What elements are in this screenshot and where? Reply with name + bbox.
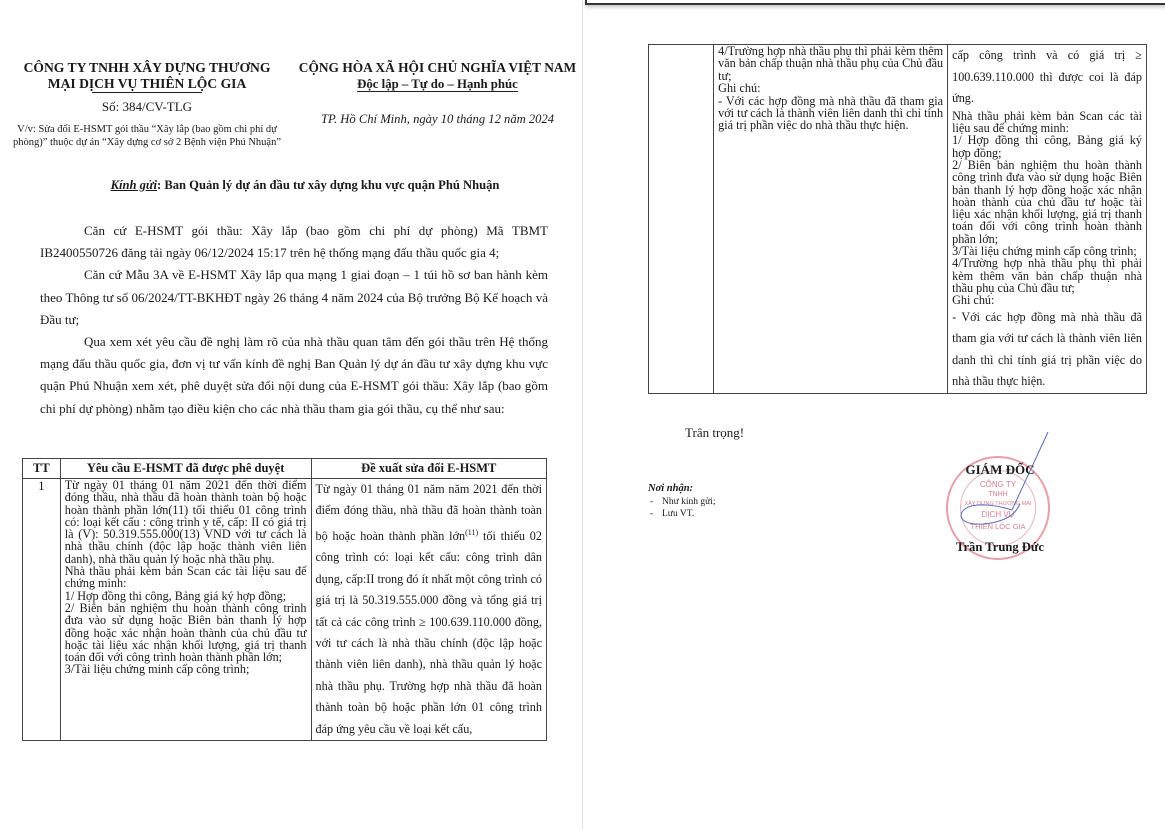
proposed-text-3: 1/ Hợp đồng thi công, Bảng giá ký hợp đồ… bbox=[952, 134, 1142, 159]
approved-text-1: 4/Trường hợp nhà thầu phụ thì phải kèm t… bbox=[718, 45, 943, 82]
nation-title: CỘNG HÒA XÃ HỘI CHỦ NGHĨA VIỆT NAM bbox=[290, 60, 585, 76]
company-underline bbox=[92, 92, 202, 93]
document-number: Số: 384/CV-TLG bbox=[12, 99, 282, 115]
approved-text-5: 3/Tài liệu chứng minh cấp công trình; bbox=[65, 663, 307, 675]
signer-name: Trần Trung Đức bbox=[950, 540, 1050, 555]
proposed-text-8: - Với các hợp đồng mà nhà thầu đã tham g… bbox=[952, 307, 1142, 393]
document-page-1: CÔNG TY TNHH XÂY DỰNG THƯƠNG MẠI DỊCH VỤ… bbox=[0, 0, 578, 829]
recipient-line: Kính gửi: Ban Quản lý dự án đầu tư xây d… bbox=[40, 178, 570, 193]
approved-text-4: 2/ Biên bản nghiệm thu hoàn thành công t… bbox=[65, 602, 307, 663]
paragraph-3: Qua xem xét yêu cầu đề nghị làm rõ của n… bbox=[40, 331, 548, 420]
amendment-table-continued: 4/Trường hợp nhà thầu phụ thì phải kèm t… bbox=[648, 44, 1147, 394]
document-subject: V/v: Sửa đổi E-HSMT gói thầu “Xây lắp (b… bbox=[12, 123, 282, 149]
recipient-text: : Ban Quản lý dự án đầu tư xây dựng khu … bbox=[157, 178, 499, 192]
amendment-table: TT Yêu cầu E-HSMT đã được phê duyệt Đề x… bbox=[22, 458, 547, 741]
page-divider bbox=[582, 0, 583, 829]
header-approved: Yêu cầu E-HSMT đã được phê duyệt bbox=[60, 459, 311, 479]
motto-text: Độc lập – Tự do – Hạnh phúc bbox=[357, 77, 518, 92]
company-name: CÔNG TY TNHH XÂY DỰNG THƯƠNG MẠI DỊCH VỤ… bbox=[12, 60, 282, 92]
approved-text-3: - Với các hợp đồng mà nhà thầu đã tham g… bbox=[718, 95, 943, 132]
recipients-title: Nơi nhận: bbox=[648, 483, 716, 496]
approved-requirement-cell: Từ ngày 01 tháng 01 năm 2021 đến thời đi… bbox=[60, 479, 311, 741]
row-number: 1 bbox=[23, 479, 61, 741]
recipients-block: Nơi nhận: Như kính gửi; Lưu VT. bbox=[648, 483, 716, 521]
header-nation-block: CỘNG HÒA XÃ HỘI CHỦ NGHĨA VIỆT NAM Độc l… bbox=[290, 60, 585, 127]
approved-text-2: Ghi chú: bbox=[718, 82, 943, 94]
row-number-empty bbox=[649, 45, 714, 394]
handwritten-signature-icon bbox=[940, 428, 1060, 548]
proposed-text-6: 4/Trường hợp nhà thầu phụ thì phải kèm t… bbox=[952, 257, 1142, 294]
company-name-line-1: CÔNG TY TNHH XÂY DỰNG THƯƠNG bbox=[12, 60, 282, 76]
header-tt: TT bbox=[23, 459, 61, 479]
proposed-amendment-cell: Từ ngày 01 tháng 01 năm năm 2021 đến thờ… bbox=[311, 479, 547, 741]
approved-text-1: Từ ngày 01 tháng 01 năm 2021 đến thời đi… bbox=[65, 479, 307, 565]
recipient-item: Như kính gửi; bbox=[648, 496, 716, 509]
closing-text: Trân trọng! bbox=[685, 425, 744, 441]
document-page-2: 4/Trường hợp nhà thầu phụ thì phải kèm t… bbox=[585, 0, 1165, 829]
recipient-item: Lưu VT. bbox=[648, 508, 716, 521]
recipient-label: Kính gửi bbox=[111, 178, 157, 192]
header-proposed: Đề xuất sửa đổi E-HSMT bbox=[311, 459, 547, 479]
proposed-text-4: 2/ Biên bản nghiệm thu hoàn thành công t… bbox=[952, 159, 1142, 245]
company-name-line-2: MẠI DỊCH VỤ THIÊN LỘC GIA bbox=[12, 76, 282, 92]
approved-requirement-cell: 4/Trường hợp nhà thầu phụ thì phải kèm t… bbox=[714, 45, 948, 394]
footnote-ref: (11) bbox=[465, 528, 478, 537]
approved-text-2: Nhà thầu phải kèm bản Scan các tài liệu … bbox=[65, 565, 307, 590]
proposed-text-2: tối thiểu 02 công trình có: loại kết cấu… bbox=[316, 529, 543, 736]
page-top-edge bbox=[585, 0, 1165, 5]
header-company-block: CÔNG TY TNHH XÂY DỰNG THƯƠNG MẠI DỊCH VỤ… bbox=[12, 60, 282, 149]
table-row: 1 Từ ngày 01 tháng 01 năm 2021 đến thời … bbox=[23, 479, 547, 741]
proposed-text-2: Nhà thầu phải kèm bản Scan các tài liệu … bbox=[952, 110, 1142, 135]
dateline: TP. Hồ Chí Minh, ngày 10 tháng 12 năm 20… bbox=[290, 112, 585, 127]
body-paragraphs: Căn cứ E-HSMT gói thầu: Xây lắp (bao gồm… bbox=[40, 220, 548, 420]
proposed-text-1: cấp công trình và có giá trị ≥ 100.639.1… bbox=[952, 45, 1142, 110]
nation-motto: Độc lập – Tự do – Hạnh phúc bbox=[290, 76, 585, 92]
signer-title: GIÁM ĐỐC bbox=[950, 462, 1050, 478]
paragraph-2: Căn cứ Mẫu 3A về E-HSMT Xây lắp qua mạng… bbox=[40, 264, 548, 331]
paragraph-1: Căn cứ E-HSMT gói thầu: Xây lắp (bao gồm… bbox=[40, 220, 548, 264]
proposed-amendment-cell: cấp công trình và có giá trị ≥ 100.639.1… bbox=[948, 45, 1147, 394]
proposed-text-7: Ghi chú: bbox=[952, 294, 1142, 306]
table-row: 4/Trường hợp nhà thầu phụ thì phải kèm t… bbox=[649, 45, 1147, 394]
table-header-row: TT Yêu cầu E-HSMT đã được phê duyệt Đề x… bbox=[23, 459, 547, 479]
